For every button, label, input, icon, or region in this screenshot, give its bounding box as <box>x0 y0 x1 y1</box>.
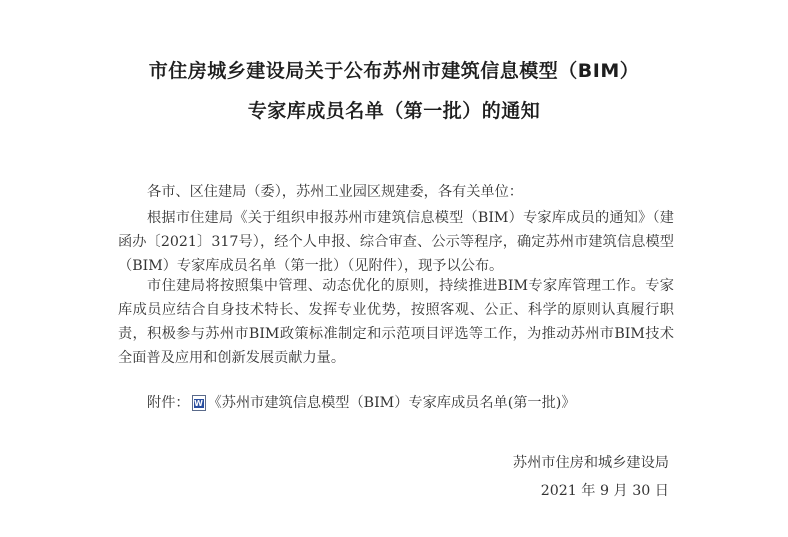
signature-date: 2021 年 9 月 30 日 <box>541 480 669 500</box>
salutation: 各市、区住建局（委），苏州工业园区规建委，各有关单位： <box>118 180 674 204</box>
paragraph-text: 市住建局将按照集中管理、动态优化的原则，持续推进BIM专家库管理工作。专家库成员… <box>118 274 674 370</box>
attachment-line: 附件： W 《苏州市建筑信息模型（BIM）专家库成员名单(第一批)》 <box>147 393 576 413</box>
paragraph-text: 根据市住建局《关于组织申报苏州市建筑信息模型（BIM）专家库成员的通知》（建函办… <box>118 206 674 278</box>
word-icon-glyph: W <box>194 399 204 408</box>
signature-organization: 苏州市住房和城乡建设局 <box>513 452 669 472</box>
document-title-line-1: 市住房城乡建设局关于公布苏州市建筑信息模型（BIM） <box>0 56 788 83</box>
word-document-icon[interactable]: W <box>192 395 206 411</box>
attachment-link[interactable]: 《苏州市建筑信息模型（BIM）专家库成员名单(第一批)》 <box>208 393 576 413</box>
salutation-text: 各市、区住建局（委），苏州工业园区规建委，各有关单位： <box>118 180 674 204</box>
paragraph-announcement: 根据市住建局《关于组织申报苏州市建筑信息模型（BIM）专家库成员的通知》（建函办… <box>118 206 674 278</box>
attachment-label: 附件： <box>147 393 190 413</box>
paragraph-management: 市住建局将按照集中管理、动态优化的原则，持续推进BIM专家库管理工作。专家库成员… <box>118 274 674 370</box>
document-title-line-2: 专家库成员名单（第一批）的通知 <box>0 96 788 123</box>
